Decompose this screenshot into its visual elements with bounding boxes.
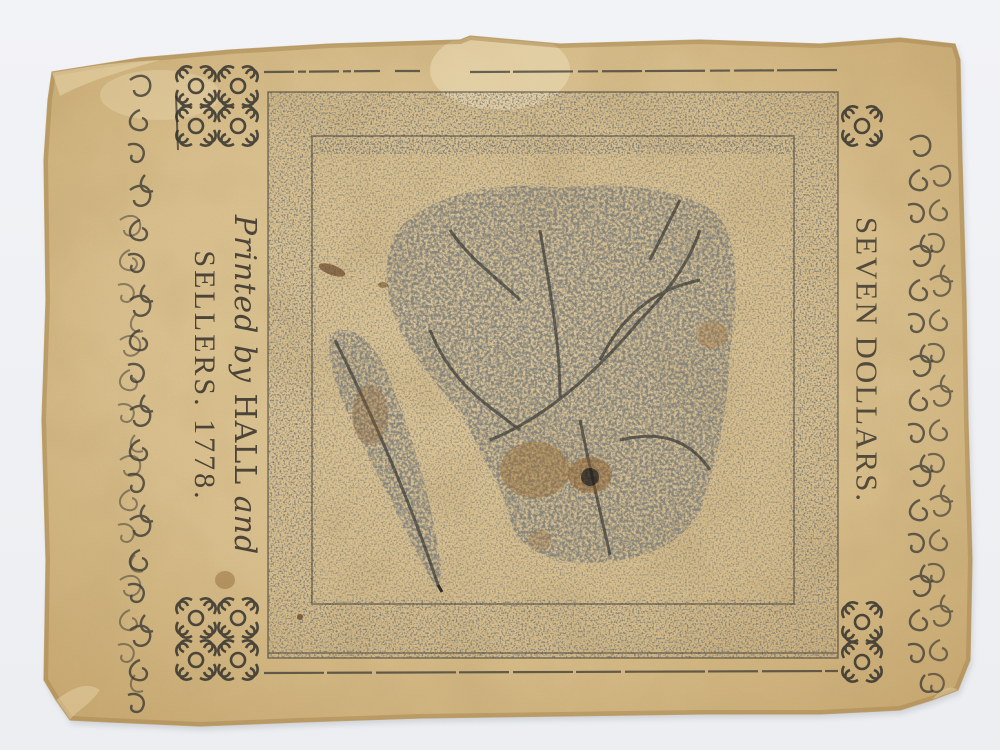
denomination-text: SEVEN DOLLARS. [852,217,883,503]
imprint-italic: Printed by [227,215,262,394]
photo-background: Printed by HALL and SELLERS. 1778. SEVEN… [0,0,1000,750]
imprint-and: and [227,496,262,555]
imprint-sellers-year: SELLERS. 1778. [189,250,219,501]
imprint-hall: HALL [227,394,262,496]
imprint-printed-by: Printed by HALL and [229,215,259,555]
